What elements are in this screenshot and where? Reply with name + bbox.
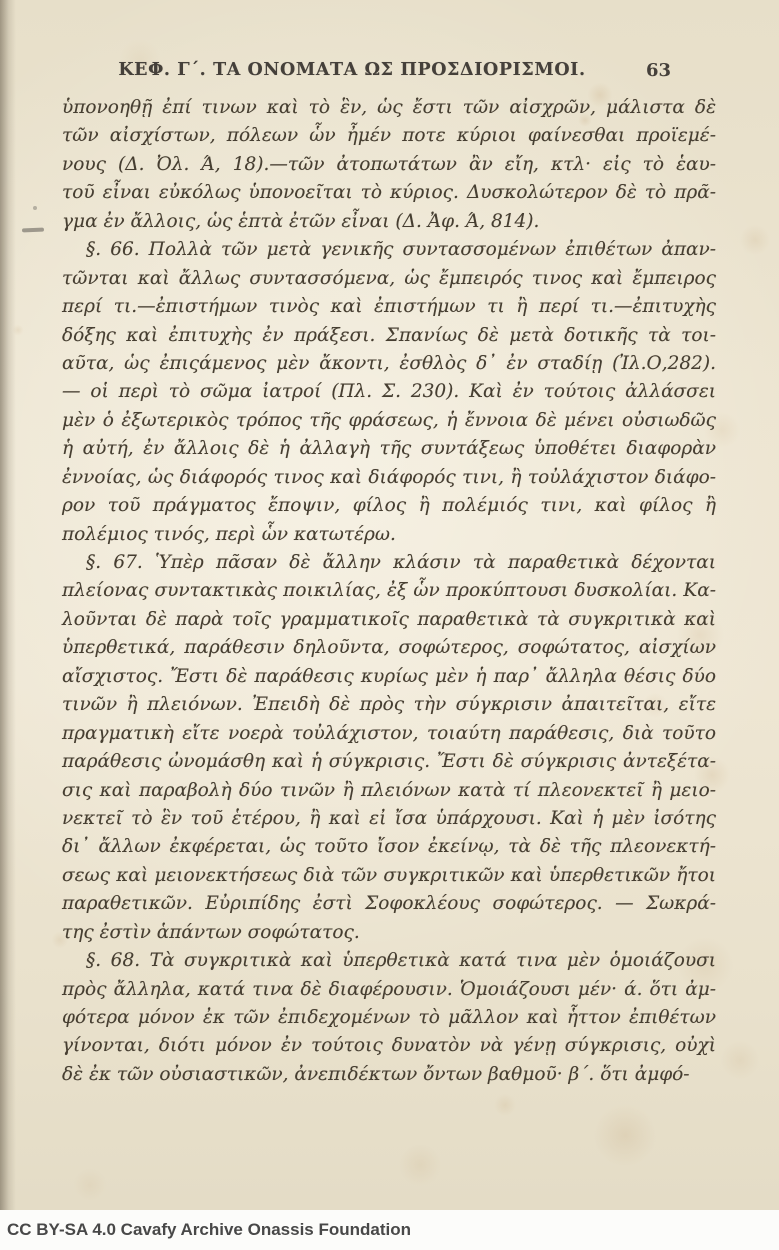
text-line: ἡ αὐτή, ἐν ἄλλοις δὲ ἡ ἀλλαγὴ τῆς συντάξ… xyxy=(62,435,716,463)
page-number: 63 xyxy=(646,60,671,81)
text-line: τοῦ εἶναι εὐκόλως ὑπονοεῖται τὸ κύριος. … xyxy=(62,179,716,207)
text-line: σις καὶ παραβολὴ δύο τινῶν ἢ πλειόνων κα… xyxy=(62,777,716,805)
text-line: νεκτεῖ τὸ ἓν τοῦ ἑτέρου, ἢ καὶ εἰ ἴσα ὑπ… xyxy=(62,805,716,833)
text-line: αἴσχιστος. Ἔστι δὲ παράθεσις κυρίως μὲν … xyxy=(62,663,716,691)
text-line: παραθετικῶν. Εὐριπίδης ἐστὶ Σοφοκλέους σ… xyxy=(62,890,716,918)
text-line: — οἱ περὶ τὸ σῶμα ἰατροί (Πλ. Σ. 230). Κ… xyxy=(62,378,716,406)
book-edge-shadow xyxy=(0,0,16,1210)
text-line: πραγματικὴ εἴτε νοερὰ τοὐλάχιστον, τοιαύ… xyxy=(62,720,716,748)
text-line: ὑπερθετικά, παράθεσιν δηλοῦντα, σοφώτερο… xyxy=(62,634,716,662)
text-line: τινῶν ἢ πλειόνων. Ἐπειδὴ δὲ πρὸς τὴν σύγ… xyxy=(62,691,716,719)
text-line: μὲν ὁ ἐξωτερικὸς τρόπος τῆς φράσεως, ἡ ἔ… xyxy=(62,407,716,435)
text-line: §. 66. Πολλὰ τῶν μετὰ γενικῆς συντασσομέ… xyxy=(62,236,716,264)
text-line: ὑπονοηθῇ ἐπί τινων καὶ τὸ ἓν, ὡς ἔστι τῶ… xyxy=(62,94,716,122)
chapter-title: ΚΕΦ. Γ΄. ΤΑ ΟΝΟΜΑΤΑ ΩΣ ΠΡΟΣΔΙΟΡΙΣΜΟΙ. xyxy=(62,60,642,80)
text-line: δὲ ἐκ τῶν οὐσιαστικῶν, ἀνεπιδέκτων ὄντων… xyxy=(62,1061,716,1089)
text-line: γμα ἐν ἄλλοις, ὡς ἑπτὰ ἐτῶν εἶναι (Δ. Ἀφ… xyxy=(62,208,716,236)
text-line: αῦτα, ὡς ἐπιςάμενος μὲν ἄκοντι, ἐσθλὸς δ… xyxy=(62,350,716,378)
text-line: σεως καὶ μειονεκτήσεως διὰ τῶν συγκριτικ… xyxy=(62,862,716,890)
text-line: τῶνται καὶ ἄλλως συντασσόμενα, ὡς ἔμπειρ… xyxy=(62,265,716,293)
text-line: γίνονται, διότι μόνον ἐν τούτοις δυνατὸν… xyxy=(62,1032,716,1060)
text-line: πλείονας συντακτικὰς ποικιλίας, ἐξ ὧν πρ… xyxy=(62,577,716,605)
text-line: φότερα μόνον ἐκ τῶν ἐπιδεχομένων τὸ μᾶλλ… xyxy=(62,1004,716,1032)
text-line: §. 67. Ὑπὲρ πᾶσαν δὲ ἄλλην κλάσιν τὰ παρ… xyxy=(62,549,716,577)
text-line: δι᾽ ἄλλων ἐκφέρεται, ὡς τοῦτο ἴσον ἐκείν… xyxy=(62,833,716,861)
text-line: πολέμιος τινός, περὶ ὧν κατωτέρω. xyxy=(62,521,716,549)
text-line: §. 68. Τὰ συγκριτικὰ καὶ ὑπερθετικὰ κατά… xyxy=(62,947,716,975)
pencil-dash-mark xyxy=(22,228,44,233)
text-line: πρὸς ἄλληλα, κατά τινα δὲ διαφέρουσιν. Ὁ… xyxy=(62,976,716,1004)
scanned-book-page: ΚΕΦ. Γ΄. ΤΑ ΟΝΟΜΑΤΑ ΩΣ ΠΡΟΣΔΙΟΡΙΣΜΟΙ. 63… xyxy=(0,0,779,1250)
text-line: νους (Δ. Ὀλ. Ά, 18).—τῶν ἀτοπωτάτων ἂν ε… xyxy=(62,151,716,179)
text-line: τῶν αἰσχίστων, πόλεων ὧν ἦμέν ποτε κύριο… xyxy=(62,122,716,150)
text-line: λοῦνται δὲ παρὰ τοῖς γραμματικοῖς παραθε… xyxy=(62,606,716,634)
text-line: δόξης καὶ ἐπιτυχὴς ἐν πράξεσι. Σπανίως δ… xyxy=(62,322,716,350)
text-line: περί τι.—ἐπιστήμων τινὸς καὶ ἐπιστήμων τ… xyxy=(62,293,716,321)
pencil-dot-mark xyxy=(33,206,37,210)
body-text-block: ὑπονοηθῇ ἐπί τινων καὶ τὸ ἓν, ὡς ἔστι τῶ… xyxy=(62,94,716,1089)
page-header: ΚΕΦ. Γ΄. ΤΑ ΟΝΟΜΑΤΑ ΩΣ ΠΡΟΣΔΙΟΡΙΣΜΟΙ. 63 xyxy=(62,60,716,90)
text-line: ρον τοῦ πράγματος ἔποψιν, φίλος ἢ πολέμι… xyxy=(62,492,716,520)
text-line: ἐννοίας, ὡς διάφορός τινος καὶ διάφορός … xyxy=(62,464,716,492)
license-bar: CC BY-SA 4.0 Cavafy Archive Onassis Foun… xyxy=(0,1210,779,1250)
license-label: CC BY-SA 4.0 Cavafy Archive Onassis Foun… xyxy=(7,1220,411,1240)
text-line: της ἐστὶν ἁπάντων σοφώτατος. xyxy=(62,919,716,947)
text-line: παράθεσις ὠνομάσθη καὶ ἡ σύγκρισις. Ἔστι… xyxy=(62,748,716,776)
